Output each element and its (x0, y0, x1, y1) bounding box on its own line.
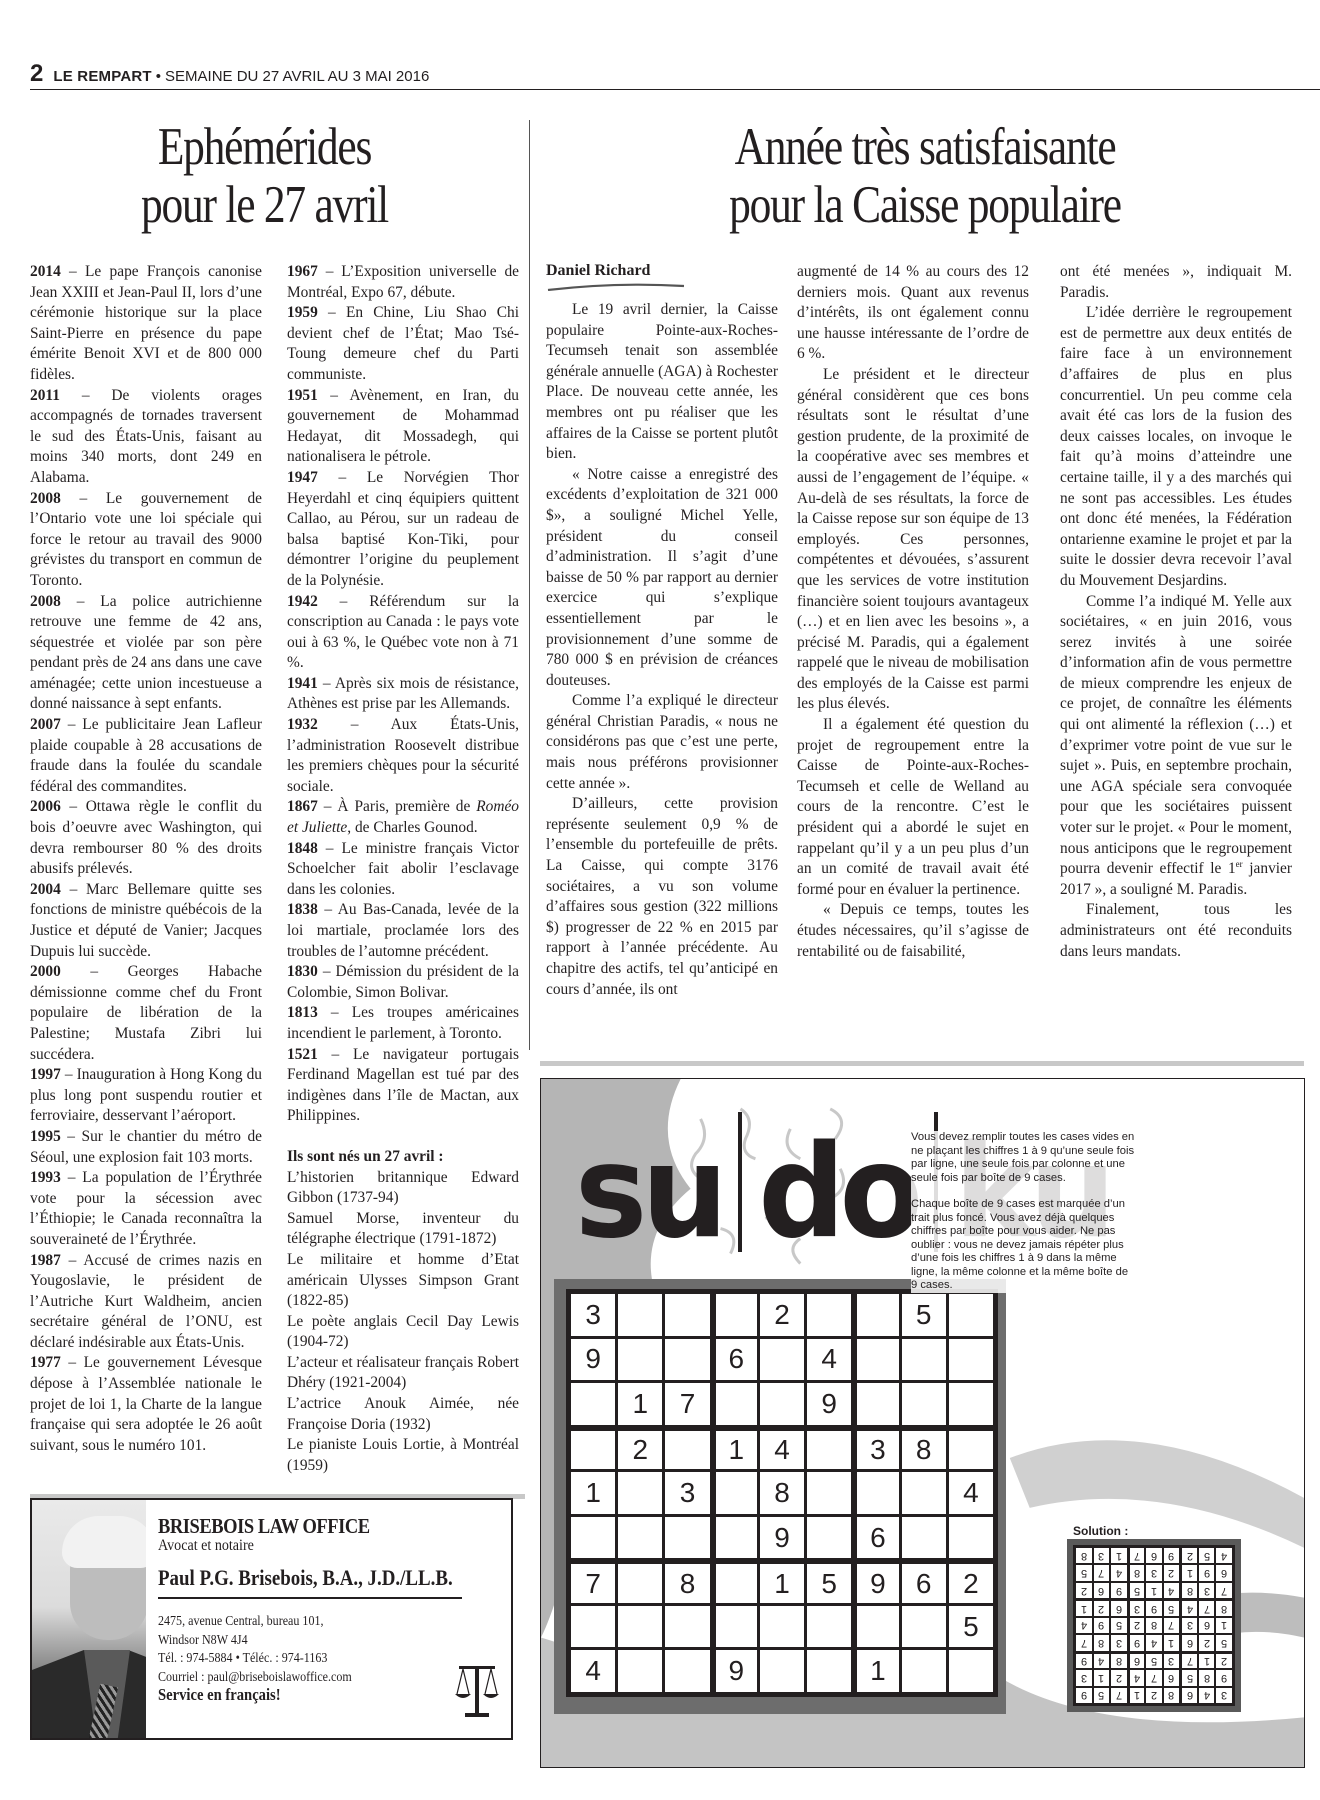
entry-text: – Le Norvégien Thor Heyerdahl et cinq éq… (287, 469, 519, 589)
entry-year: 1977 (30, 1354, 61, 1371)
solution-cell: 4 (1182, 1601, 1197, 1615)
article-paragraph: Comme l’a expliqué le directeur général … (546, 691, 778, 794)
sudoku-cell[interactable] (857, 1472, 898, 1514)
sudoku-cell[interactable] (665, 1650, 709, 1692)
page-number: 2 (30, 60, 43, 88)
ephemeris-entry: 2014 – Le pape François canonise Jean XX… (30, 262, 262, 386)
ephemeris-entry: 1993 – La population de l’Érythrée vote … (30, 1168, 262, 1250)
ad-lawyer-name: Paul P.G. Brisebois, B.A., J.D./LL.B. (158, 1565, 453, 1597)
logo-syllable: do (759, 1129, 918, 1257)
entry-year: 1813 (287, 1004, 318, 1021)
entry-text: – Après six mois de résistance, Athènes … (287, 675, 519, 713)
entry-text: – Au Bas-Canada, levée de la loi martial… (287, 901, 519, 959)
solution-digit: 9 (1168, 1550, 1174, 1562)
solution-cell: 8 (1199, 1670, 1215, 1685)
sudoku-cell[interactable] (618, 1339, 662, 1381)
entry-year: 2008 (30, 593, 61, 610)
sudoku-cell[interactable] (807, 1472, 851, 1514)
article-paragraph: Le 19 avril dernier, la Caisse populaire… (546, 300, 778, 465)
sudoku-cell[interactable] (716, 1606, 757, 1648)
sudoku-cell[interactable] (857, 1339, 898, 1381)
solution-digit: 8 (1151, 1619, 1157, 1631)
solution-digit: 3 (1187, 1619, 1193, 1631)
solution-cell: 8 (1216, 1601, 1232, 1615)
entry-text: – Aux États-Unis, l’administration Roose… (287, 716, 519, 795)
solution-cell: 2 (1199, 1635, 1215, 1650)
solution-cell: 4 (1146, 1635, 1162, 1650)
solution-cell: 9 (1076, 1688, 1092, 1703)
solution-cell: 5 (1094, 1688, 1110, 1703)
entry-year: 1848 (287, 840, 318, 857)
solution-digit: 2 (1221, 1655, 1227, 1667)
solution-digit: 9 (1081, 1689, 1087, 1701)
sudoku-cell[interactable] (571, 1606, 615, 1648)
ephemeris-entry: 1995 – Sur le chantier du métro de Séoul… (30, 1127, 262, 1168)
sudoku-cell[interactable] (807, 1294, 851, 1336)
ephemeris-entry: 1848 – Le ministre français Victor Schoe… (287, 839, 519, 901)
article-column-1: Le 19 avril dernier, la Caisse populaire… (546, 300, 778, 1000)
sudoku-cell[interactable] (571, 1431, 615, 1470)
solution-cell: 3 (1076, 1670, 1092, 1685)
solution-digit: 4 (1168, 1585, 1174, 1597)
solution-cell: 6 (1094, 1583, 1110, 1598)
sudoku-cell[interactable] (949, 1650, 993, 1692)
solution-cell: 9 (1130, 1635, 1145, 1650)
ephemeris-entry: 1521 – Le navigateur portugais Ferdinand… (287, 1045, 519, 1127)
ephemeris-entry: 1987 – Accusé de crimes nazis en Yougosl… (30, 1251, 262, 1354)
solution-cell: 6 (1146, 1548, 1162, 1563)
solution-digit: 4 (1116, 1567, 1122, 1579)
entry-year: 1838 (287, 901, 318, 918)
ephemeris-entry: 1941 – Après six mois de résistance, Ath… (287, 674, 519, 715)
solution-cell: 3 (1146, 1565, 1162, 1580)
solution-digit: 2 (1204, 1637, 1210, 1649)
headline-line-2: pour la Caisse populaire (601, 176, 1249, 234)
entry-year: 2011 (30, 387, 60, 404)
article-headline: Année très satisfaisante pour la Caisse … (601, 118, 1249, 234)
solution-digit: 6 (1116, 1603, 1122, 1615)
ephemeris-entry: 1932 – Aux États-Unis, l’administration … (287, 715, 519, 797)
entry-year: 1521 (287, 1046, 318, 1063)
ephemeris-entry: 2007 – Le publicitaire Jean Lafleur plai… (30, 715, 262, 797)
solution-digit: 8 (1204, 1672, 1210, 1684)
solution-cell: 2 (1216, 1654, 1232, 1668)
solution-cell: 1 (1076, 1601, 1092, 1615)
entry-text: – À Paris, première de (318, 798, 476, 815)
sudoku-cell[interactable] (760, 1383, 804, 1425)
sudoku-cell: 4 (760, 1431, 804, 1470)
solution-digit: 7 (1168, 1619, 1174, 1631)
sudoku-cell: 8 (665, 1564, 709, 1603)
sudoku-cell[interactable] (857, 1294, 898, 1336)
solution-cell: 6 (1216, 1565, 1232, 1580)
sudoku-cell[interactable] (902, 1472, 946, 1514)
sudoku-cell[interactable] (949, 1517, 993, 1559)
solution-cell: 5 (1076, 1565, 1092, 1580)
entry-year: 2000 (30, 963, 61, 980)
sudoku-cell[interactable] (665, 1294, 709, 1336)
ephemeris-entry: 2000 – Georges Habache démissionne comme… (30, 962, 262, 1065)
solution-cell: 4 (1130, 1670, 1145, 1685)
solution-digit: 5 (1098, 1689, 1104, 1701)
solution-digit: 8 (1081, 1550, 1087, 1562)
sudoku-cell[interactable] (760, 1606, 804, 1648)
solution-digit: 6 (1221, 1567, 1227, 1579)
sudoku-cell: 2 (618, 1431, 662, 1470)
entry-text: – Le gouvernement Lévesque dépose à l’As… (30, 1354, 262, 1453)
solution-cell: 7 (1146, 1670, 1162, 1685)
solution-cell: 3 (1164, 1654, 1180, 1668)
ephemeris-entry: 1947 – Le Norvégien Thor Heyerdahl et ci… (287, 468, 519, 592)
ad-phone: Tél. : 974-5884 • Téléc. : 974-1163 (158, 1650, 453, 1669)
solution-cell: 1 (1111, 1548, 1127, 1563)
sudoku-cell[interactable] (618, 1650, 662, 1692)
article-column-3: ont été menées », indiquait M. Paradis.L… (1060, 262, 1292, 962)
solution-cell: 4 (1111, 1565, 1127, 1580)
sudoku-cell: 6 (902, 1564, 946, 1603)
sudoku-grid-frame: 3259641792143813849678159625491 (554, 1279, 1006, 1714)
sudoku-cell[interactable] (665, 1606, 709, 1648)
sudoku-cell[interactable] (618, 1564, 662, 1603)
sudoku-cell: 3 (665, 1472, 709, 1514)
entry-text: – Sur le chantier du métro de Séoul, une… (30, 1128, 262, 1166)
solution-cell: 6 (1199, 1618, 1215, 1633)
ad-contact: 2475, avenue Central, bureau 101, Windso… (158, 1613, 453, 1687)
entry-text: – Le ministre français Victor Schoelcher… (287, 840, 519, 898)
headline-line-1: Année très satisfaisante (601, 118, 1249, 176)
ephemeris-entry: 1867 – À Paris, première de Roméo et Jul… (287, 797, 519, 838)
born-entry: Le poète anglais Cecil Day Lewis (1904-7… (287, 1312, 519, 1353)
solution-digit: 5 (1151, 1655, 1157, 1667)
solution-cell: 6 (1130, 1654, 1145, 1668)
entry-year: 1995 (30, 1128, 61, 1145)
sudoku-cell[interactable] (618, 1517, 662, 1559)
sudoku-cell[interactable] (716, 1564, 757, 1603)
ephemerides-column-1: 2014 – Le pape François canonise Jean XX… (30, 262, 262, 1456)
solution-digit: 5 (1134, 1585, 1140, 1597)
born-section-title: Ils sont nés un 27 avril : (287, 1147, 519, 1168)
entry-text: – Ottawa règle le conflit du bois d’oeuv… (30, 798, 262, 877)
solution-cell: 5 (1216, 1635, 1232, 1650)
solution-digit: 3 (1151, 1567, 1157, 1579)
solution-grid: 8317692545748321962695148371263954784952… (1073, 1545, 1235, 1706)
solution-cell: 4 (1094, 1654, 1110, 1668)
solution-label: Solution : (1073, 1524, 1128, 1538)
article-paragraph: « Depuis ce temps, toutes les études néc… (797, 900, 1029, 962)
sudoku-cell[interactable] (807, 1431, 851, 1470)
sudoku-cell[interactable] (665, 1517, 709, 1559)
sudoku-cell[interactable] (665, 1431, 709, 1470)
byline-swoosh-icon (546, 283, 686, 291)
entry-year: 1932 (287, 716, 318, 733)
entry-year: 2008 (30, 490, 61, 507)
solution-cell: 2 (1130, 1618, 1145, 1633)
sudoku-cell[interactable] (807, 1606, 851, 1648)
article-paragraph: Finalement, tous les administrateurs ont… (1060, 900, 1292, 962)
sudoku-cell: 9 (571, 1339, 615, 1381)
solution-cell: 2 (1076, 1583, 1092, 1598)
solution-digit: 1 (1134, 1689, 1140, 1701)
solution-cell: 9 (1199, 1565, 1215, 1580)
solution-digit: 9 (1116, 1585, 1122, 1597)
entry-text: – Marc Bellemare quitte ses fonctions de… (30, 881, 262, 960)
solution-cell: 1 (1130, 1688, 1145, 1703)
entry-year: 1830 (287, 963, 318, 980)
sudoku-cell[interactable] (949, 1294, 993, 1336)
solution-digit: 4 (1187, 1603, 1193, 1615)
sudoku-cell: 1 (716, 1431, 757, 1470)
ephemeris-entry: 2011 – De violents orages accompagnés de… (30, 386, 262, 489)
ad-subtitle: Avocat et notaire (158, 1537, 460, 1555)
sudoku-cell: 3 (571, 1294, 615, 1336)
entry-text: – Le navigateur portugais Ferdinand Mage… (287, 1046, 519, 1125)
ephemeris-entry: 1838 – Au Bas-Canada, levée de la loi ma… (287, 900, 519, 962)
entry-year: 2014 (30, 263, 61, 280)
solution-digit: 4 (1098, 1655, 1104, 1667)
solution-digit: 7 (1081, 1637, 1087, 1649)
sudoku-cell[interactable] (902, 1383, 946, 1425)
solution-cell: 7 (1164, 1618, 1180, 1633)
solution-digit: 3 (1204, 1585, 1210, 1597)
solution-digit: 3 (1081, 1672, 1087, 1684)
instructions-paragraph-2: Chaque boîte de 9 cases est marquée d’un… (911, 1198, 1136, 1293)
solution-digit: 5 (1221, 1637, 1227, 1649)
ephemeris-entry: 2004 – Marc Bellemare quitte ses fonctio… (30, 880, 262, 962)
solution-digit: 8 (1168, 1689, 1174, 1701)
solution-digit: 3 (1116, 1637, 1122, 1649)
solution-cell: 4 (1216, 1548, 1232, 1563)
entry-text: – En Chine, Liu Shao Chi devient chef de… (287, 304, 519, 383)
solution-cell: 5 (1199, 1548, 1215, 1563)
solution-digit: 8 (1187, 1585, 1193, 1597)
solution-digit: 1 (1204, 1655, 1210, 1667)
solution-cell: 1 (1216, 1618, 1232, 1633)
sudoku-cell[interactable] (760, 1650, 804, 1692)
entry-text: – Le gouvernement de l’Ontario vote une … (30, 490, 262, 589)
entry-text: – Démission du président de la Colombie,… (287, 963, 519, 1001)
solution-digit: 3 (1134, 1603, 1140, 1615)
solution-cell: 3 (1130, 1601, 1145, 1615)
sudoku-cell[interactable] (665, 1339, 709, 1381)
scales-of-justice-icon (455, 1662, 499, 1720)
sudoku-cell: 9 (807, 1383, 851, 1425)
ephemeris-entry: 1813 – Les troupes américaines incendien… (287, 1003, 519, 1044)
entry-year: 1941 (287, 675, 318, 692)
sudoku-cell: 9 (716, 1650, 757, 1692)
article-paragraph: L’idée derrière le regroupement est de p… (1060, 303, 1292, 591)
sudoku-cell[interactable] (618, 1472, 662, 1514)
instructions-paragraph-1: Vous devez remplir toutes les cases vide… (911, 1131, 1136, 1185)
sudoku-cell: 8 (902, 1431, 946, 1470)
article-paragraph: Il a également été question du projet de… (797, 715, 1029, 900)
sudoku-cell[interactable] (949, 1431, 993, 1470)
entry-text: – Le publicitaire Jean Lafleur plaide co… (30, 716, 262, 795)
headline-line-1: Ephémérides (48, 118, 482, 176)
sudoku-cell[interactable] (618, 1606, 662, 1648)
solution-cell: 9 (1216, 1670, 1232, 1685)
entry-text: – L’Exposition universelle de Montréal, … (287, 263, 519, 301)
ephemeris-entry: 1977 – Le gouvernement Lévesque dépose à… (30, 1353, 262, 1456)
entry-year: 2004 (30, 881, 61, 898)
entry-text: – Référendum sur la conscription au Cana… (287, 593, 519, 672)
born-entry: L’acteur et réalisateur français Robert … (287, 1353, 519, 1394)
solution-cell: 1 (1199, 1654, 1215, 1668)
solution-digit: 8 (1116, 1655, 1122, 1667)
entry-text: – Le pape François canonise Jean XXIII e… (30, 263, 262, 383)
solution-cell: 7 (1182, 1654, 1197, 1668)
ephemeris-entry: 1951 – Avènement, en Iran, du gouverneme… (287, 386, 519, 468)
entry-text: , de Charles Gounod. (347, 819, 477, 836)
sudoku-cell[interactable] (716, 1294, 757, 1336)
solution-cell: 5 (1111, 1618, 1127, 1633)
sudoku-cell[interactable] (716, 1472, 757, 1514)
ephemerides-headline: Ephémérides pour le 27 avril (48, 118, 482, 234)
byline: Daniel Richard (546, 262, 650, 280)
solution-cell: 9 (1076, 1654, 1092, 1668)
solution-cell: 9 (1094, 1618, 1110, 1633)
solution-cell: 1 (1164, 1635, 1180, 1650)
sudoku-cell[interactable] (902, 1606, 946, 1648)
solution-cell: 5 (1164, 1601, 1180, 1615)
solution-digit: 4 (1134, 1672, 1140, 1684)
solution-cell: 7 (1199, 1601, 1215, 1615)
entry-text: – Les troupes américaines incendient le … (287, 1004, 519, 1042)
sudoku-cell: 6 (716, 1339, 757, 1381)
entry-year: 1997 (30, 1066, 61, 1083)
solution-digit: 8 (1134, 1567, 1140, 1579)
solution-cell: 6 (1182, 1635, 1197, 1650)
publication-name: LE REMPART (53, 68, 151, 85)
sudoku-instructions: Vous devez remplir toutes les cases vide… (911, 1131, 1136, 1293)
solution-cell: 3 (1094, 1548, 1110, 1563)
sudoku-cell[interactable] (902, 1339, 946, 1381)
solution-grid-frame: 8317692545748321962695148371263954784952… (1067, 1539, 1241, 1712)
solution-digit: 6 (1151, 1550, 1157, 1562)
sudoku-cell[interactable] (902, 1650, 946, 1692)
solution-digit: 5 (1187, 1672, 1193, 1684)
solution-digit: 7 (1204, 1603, 1210, 1615)
ephemeris-entry: 1997 – Inauguration à Hong Kong du plus … (30, 1065, 262, 1127)
solution-cell: 8 (1076, 1548, 1092, 1563)
solution-cell: 8 (1094, 1635, 1110, 1650)
law-office-ad: BRISEBOIS LAW OFFICE Avocat et notaire P… (30, 1498, 513, 1740)
solution-digit: 9 (1081, 1655, 1087, 1667)
sudoku-cell[interactable] (571, 1517, 615, 1559)
sudoku-cell[interactable] (716, 1383, 757, 1425)
sudoku-cell[interactable] (807, 1517, 851, 1559)
ad-address-line-2: Windsor N8W 4J4 (158, 1632, 453, 1651)
solution-cell: 7 (1111, 1688, 1127, 1703)
ephemeris-entry: 1830 – Démission du président de la Colo… (287, 962, 519, 1003)
sudoku-cell: 4 (949, 1472, 993, 1514)
sudoku-cell: 5 (949, 1606, 993, 1648)
solution-digit: 6 (1168, 1672, 1174, 1684)
ordinal-superscript: er (1236, 859, 1243, 869)
sudoku-cell[interactable] (807, 1650, 851, 1692)
article-paragraph: D’ailleurs, cette provision représente s… (546, 794, 778, 1000)
entry-text: – Inauguration à Hong Kong du plus long … (30, 1066, 262, 1124)
logo-divider (738, 1112, 742, 1252)
ephemerides-column-2: 1967 – L’Exposition universelle de Montr… (287, 262, 519, 1476)
entry-text: – Georges Habache démissionne comme chef… (30, 963, 262, 1062)
solution-digit: 2 (1187, 1550, 1193, 1562)
solution-cell: 1 (1094, 1670, 1110, 1685)
entry-text: – De violents orages accompagnés de torn… (30, 387, 262, 486)
solution-digit: 2 (1151, 1689, 1157, 1701)
solution-cell: 4 (1164, 1583, 1180, 1598)
ephemeris-entry: 1942 – Référendum sur la conscription au… (287, 592, 519, 674)
article-text: janvier 2017 », a souligné M. Paradis. (1060, 860, 1292, 898)
ephemeris-entry: 1967 – L’Exposition universelle de Montr… (287, 262, 519, 303)
solution-digit: 7 (1098, 1567, 1104, 1579)
sudoku-cell[interactable] (902, 1517, 946, 1559)
sudoku-cell[interactable] (949, 1339, 993, 1381)
solution-digit: 1 (1081, 1603, 1087, 1615)
sudoku-cell[interactable] (949, 1383, 993, 1425)
entry-year: 2006 (30, 798, 61, 815)
sudoku-cell: 7 (571, 1564, 615, 1603)
sudoku-cell[interactable] (618, 1294, 662, 1336)
solution-digit: 1 (1151, 1585, 1157, 1597)
sudoku-cell: 1 (760, 1564, 804, 1603)
solution-digit: 1 (1187, 1567, 1193, 1579)
solution-digit: 1 (1098, 1672, 1104, 1684)
solution-cell: 4 (1199, 1688, 1215, 1703)
solution-cell: 9 (1164, 1548, 1180, 1563)
sudoku-cell: 5 (807, 1564, 851, 1603)
solution-digit: 2 (1168, 1567, 1174, 1579)
entry-year: 1987 (30, 1252, 61, 1269)
solution-cell: 9 (1111, 1583, 1127, 1598)
sudoku-grid: 3259641792143813849678159625491 (566, 1289, 998, 1697)
article-paragraph: Le président et le directeur général con… (797, 365, 1029, 715)
sudoku-cell[interactable] (716, 1517, 757, 1559)
ad-firm-name: BRISEBOIS LAW OFFICE (158, 1514, 460, 1539)
solution-digit: 8 (1221, 1603, 1227, 1615)
sudoku-cell[interactable] (857, 1606, 898, 1648)
solution-cell: 2 (1094, 1601, 1110, 1615)
issue-date: SEMAINE DU 27 AVRIL AU 3 MAI 2016 (165, 68, 429, 85)
solution-digit: 1 (1116, 1550, 1122, 1562)
entry-year: 1951 (287, 387, 318, 404)
sudoku-cell: 1 (571, 1472, 615, 1514)
section-rule (540, 1061, 1304, 1066)
entry-year: 1967 (287, 263, 318, 280)
born-entry: L’actrice Anouk Aimée, née Françoise Dor… (287, 1394, 519, 1435)
entry-year: 1959 (287, 304, 318, 321)
solution-digit: 8 (1098, 1637, 1104, 1649)
sudoku-cell[interactable] (571, 1383, 615, 1425)
solution-cell: 7 (1094, 1565, 1110, 1580)
ephemeris-entry: 2008 – La police autrichienne retrouve u… (30, 592, 262, 716)
solution-cell: 3 (1199, 1583, 1215, 1598)
sudoku-cell: 3 (857, 1431, 898, 1470)
sudoku-cell[interactable] (857, 1383, 898, 1425)
entry-year: 1947 (287, 469, 318, 486)
solution-cell: 3 (1182, 1618, 1197, 1633)
solution-digit: 2 (1081, 1585, 1087, 1597)
solution-cell: 7 (1076, 1635, 1092, 1650)
ephemeris-entry: 2006 – Ottawa règle le conflit du bois d… (30, 797, 262, 879)
solution-cell: 2 (1182, 1548, 1197, 1563)
sudoku-cell[interactable] (760, 1339, 804, 1381)
entry-year: 1867 (287, 798, 318, 815)
page-header: 2 LE REMPART • SEMAINE DU 27 AVRIL AU 3 … (30, 60, 1320, 90)
solution-digit: 7 (1151, 1672, 1157, 1684)
solution-cell: 5 (1146, 1654, 1162, 1668)
solution-cell: 9 (1146, 1601, 1162, 1615)
solution-digit: 9 (1134, 1637, 1140, 1649)
